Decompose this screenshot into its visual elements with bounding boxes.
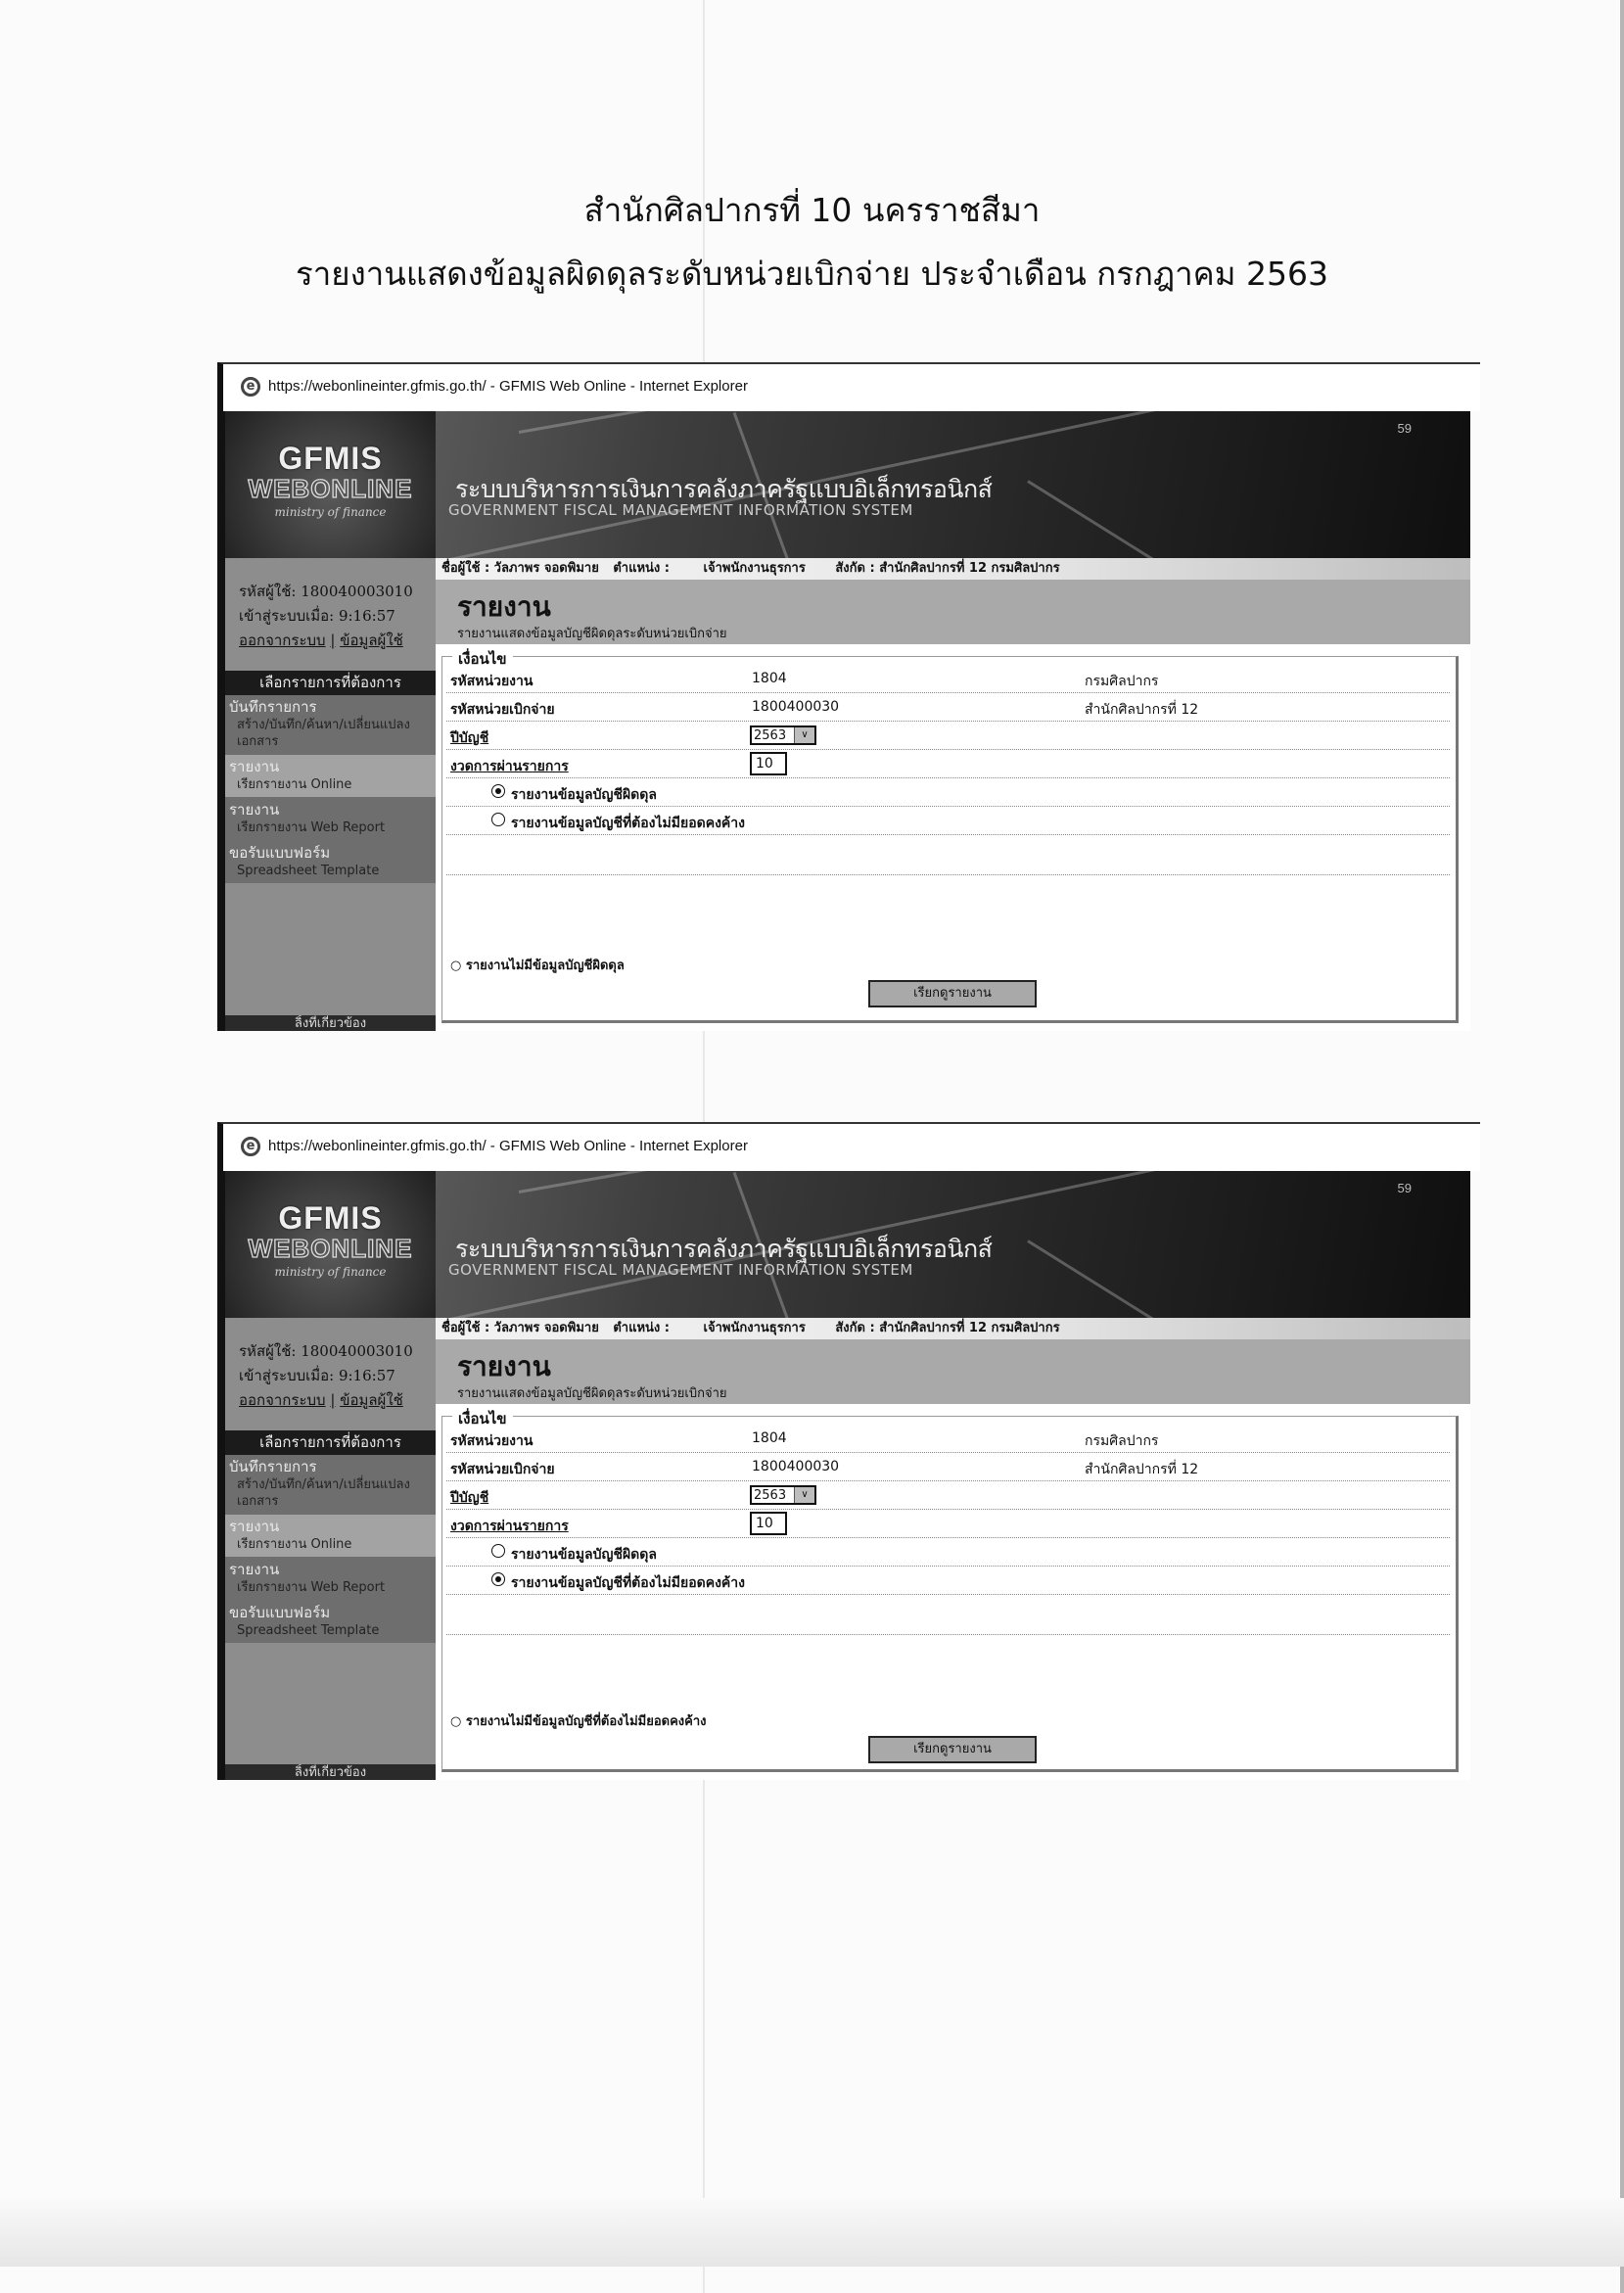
main-content: ชื่อผู้ใช้ : วัลภาพร จอดพิมาย ตำแหน่ง : … xyxy=(436,1318,1470,1780)
radio-imbalanced-accounts[interactable]: รายงานข้อมูลบัญชีผิดดุล xyxy=(446,1538,1450,1567)
agency-code-row: รหัสหน่วยงาน 1804 กรมศิลปากร xyxy=(446,665,1450,693)
document-subtitle: รายงานแสดงข้อมูลผิดดุลระดับหน่วยเบิกจ่าย… xyxy=(0,248,1624,300)
disbursing-unit-code: 1800400030 xyxy=(752,1459,839,1474)
affiliation: สังกัด : สำนักศิลปากรที่ 12 กรมศิลปากร xyxy=(835,1321,1059,1335)
agency-code: 1804 xyxy=(752,671,787,686)
agency-code: 1804 xyxy=(752,1430,787,1446)
sidebar-item-record[interactable]: บันทึกรายการ สร้าง/บันทึก/ค้นหา/เปลี่ยนแ… xyxy=(225,695,436,755)
position-label: ตำแหน่ง : xyxy=(613,1321,670,1335)
browser-content: GFMIS WEBONLINE ministry of finance ระบบ… xyxy=(217,1171,1470,1780)
menu-header: เลือกรายการที่ต้องการ xyxy=(225,1430,436,1455)
period-input[interactable]: 10 xyxy=(750,1512,787,1535)
result-note: ○ รายงานไม่มีข้อมูลบัญชีที่ต้องไม่มียอดค… xyxy=(450,1710,706,1731)
browser-content: GFMIS WEBONLINE ministry of finance ระบบ… xyxy=(217,411,1470,1031)
user-name: ชื่อผู้ใช้ : วัลภาพร จอดพิมาย xyxy=(441,561,599,576)
user-bar: ชื่อผู้ใช้ : วัลภาพร จอดพิมาย ตำแหน่ง : … xyxy=(436,558,1470,580)
user-bar: ชื่อผู้ใช้ : วัลภาพร จอดพิมาย ตำแหน่ง : … xyxy=(436,1318,1470,1339)
logout-link[interactable]: ออกจากระบบ xyxy=(239,632,326,649)
sidebar-item-report-online[interactable]: รายงาน เรียกรายงาน Online xyxy=(225,755,436,798)
position: เจ้าพนักงานธุรการ xyxy=(704,561,806,576)
menu-header: เลือกรายการที่ต้องการ xyxy=(225,671,436,695)
sidebar-item-record[interactable]: บันทึกรายการ สร้าง/บันทึก/ค้นหา/เปลี่ยนแ… xyxy=(225,1455,436,1515)
disbursing-unit-row: รหัสหน่วยเบิกจ่าย 1800400030 สำนักศิลปาก… xyxy=(446,693,1450,722)
gfmis-banner: GFMIS WEBONLINE ministry of finance ระบบ… xyxy=(225,411,1470,558)
main-content: ชื่อผู้ใช้ : วัลภาพร จอดพิมาย ตำแหน่ง : … xyxy=(436,558,1470,1031)
related-links-header[interactable]: ลิ้งที่เกี่ยวข้อง xyxy=(225,1764,436,1780)
agency-code-row: รหัสหน่วยงาน 1804 กรมศิลปากร xyxy=(446,1425,1450,1453)
sidebar-item-web-report[interactable]: รายงาน เรียกรายงาน Web Report xyxy=(225,798,436,841)
disbursing-unit-name: สำนักศิลปากรที่ 12 xyxy=(1085,699,1198,721)
browser-window-title: https://webonlineinter.gfmis.go.th/ - GF… xyxy=(268,1138,748,1154)
user-profile-link[interactable]: ข้อมูลผู้ใช้ xyxy=(340,632,403,649)
fiscal-year-select[interactable]: 2563 ∨ xyxy=(750,725,816,745)
page-subtitle: รายงานแสดงข้อมูลบัญชีผิดดุลระดับหน่วยเบิ… xyxy=(457,623,727,643)
sidebar-item-spreadsheet-template[interactable]: ขอรับแบบฟอร์ม Spreadsheet Template xyxy=(225,1601,436,1643)
agency-name: กรมศิลปากร xyxy=(1085,671,1158,692)
fiscal-year-row: ปีบัญชี 2563 ∨ xyxy=(446,722,1450,750)
user-id: รหัสผู้ใช้: 180040003010 xyxy=(239,1339,436,1364)
disbursing-unit-name: สำนักศิลปากรที่ 12 xyxy=(1085,1459,1198,1480)
ie-icon: e xyxy=(241,1137,260,1156)
page-subtitle: รายงานแสดงข้อมูลบัญชีผิดดุลระดับหน่วยเบิ… xyxy=(457,1382,727,1403)
fiscal-year-select[interactable]: 2563 ∨ xyxy=(750,1485,816,1505)
screenshot-imbalanced-report: e https://webonlineinter.gfmis.go.th/ - … xyxy=(217,362,1480,1031)
user-id: รหัสผู้ใช้: 180040003010 xyxy=(239,580,436,604)
affiliation: สังกัด : สำนักศิลปากรที่ 12 กรมศิลปากร xyxy=(835,561,1059,576)
user-name: ชื่อผู้ใช้ : วัลภาพร จอดพิมาย xyxy=(441,1321,599,1335)
view-report-button[interactable]: เรียกดูรายงาน xyxy=(868,980,1037,1007)
banner-corner-number: 59 xyxy=(1398,421,1412,436)
logout-link[interactable]: ออกจากระบบ xyxy=(239,1391,326,1409)
browser-title-bar: e https://webonlineinter.gfmis.go.th/ - … xyxy=(217,362,1480,411)
radio-button[interactable] xyxy=(491,1572,505,1586)
sidebar-item-web-report[interactable]: รายงาน เรียกรายงาน Web Report xyxy=(225,1558,436,1601)
period-row: งวดการผ่านรายการ 10 xyxy=(446,750,1450,778)
result-note: ○ รายงานไม่มีข้อมูลบัญชีผิดดุล xyxy=(450,955,625,975)
page-header: รายงาน รายงานแสดงข้อมูลบัญชีผิดดุลระดับห… xyxy=(436,1339,1470,1404)
view-report-button[interactable]: เรียกดูรายงาน xyxy=(868,1736,1037,1763)
ie-icon: e xyxy=(241,377,260,397)
gfmis-logo[interactable]: GFMIS WEBONLINE ministry of finance xyxy=(225,1171,436,1318)
browser-title-bar: e https://webonlineinter.gfmis.go.th/ - … xyxy=(217,1122,1480,1171)
user-profile-link[interactable]: ข้อมูลผู้ใช้ xyxy=(340,1391,403,1409)
sidebar: รหัสผู้ใช้: 180040003010 เข้าสู่ระบบเมื่… xyxy=(225,558,436,1031)
page-header: รายงาน รายงานแสดงข้อมูลบัญชีผิดดุลระดับห… xyxy=(436,580,1470,644)
sidebar-item-report-online[interactable]: รายงาน เรียกรายงาน Online xyxy=(225,1515,436,1558)
conditions-fieldset: เงื่อนไข รหัสหน่วยงาน 1804 กรมศิลปากร รห… xyxy=(441,1416,1459,1772)
sidebar: รหัสผู้ใช้: 180040003010 เข้าสู่ระบบเมื่… xyxy=(225,1318,436,1780)
sidebar-item-spreadsheet-template[interactable]: ขอรับแบบฟอร์ม Spreadsheet Template xyxy=(225,841,436,883)
radio-no-outstanding-accounts[interactable]: รายงานข้อมูลบัญชีที่ต้องไม่มียอดคงค้าง xyxy=(446,807,1450,835)
screenshot-outstanding-report: e https://webonlineinter.gfmis.go.th/ - … xyxy=(217,1122,1480,1780)
browser-window-title: https://webonlineinter.gfmis.go.th/ - GF… xyxy=(268,378,748,395)
position: เจ้าพนักงานธุรการ xyxy=(704,1321,806,1335)
agency-name: กรมศิลปากร xyxy=(1085,1430,1158,1452)
banner-corner-number: 59 xyxy=(1398,1181,1412,1195)
fiscal-year-row: ปีบัญชี 2563 ∨ xyxy=(446,1481,1450,1510)
chevron-down-icon[interactable]: ∨ xyxy=(794,727,814,743)
gfmis-logo[interactable]: GFMIS WEBONLINE ministry of finance xyxy=(225,411,436,558)
banner-title-english: GOVERNMENT FISCAL MANAGEMENT INFORMATION… xyxy=(448,1261,913,1279)
radio-button[interactable] xyxy=(491,813,505,826)
banner-title-english: GOVERNMENT FISCAL MANAGEMENT INFORMATION… xyxy=(448,501,913,519)
login-time: เข้าสู่ระบบเมื่อ: 9:16:57 xyxy=(239,1364,436,1388)
radio-button[interactable] xyxy=(491,1544,505,1558)
disbursing-unit-row: รหัสหน่วยเบิกจ่าย 1800400030 สำนักศิลปาก… xyxy=(446,1453,1450,1481)
scan-shadow xyxy=(0,2198,1624,2267)
radio-imbalanced-accounts[interactable]: รายงานข้อมูลบัญชีผิดดุล xyxy=(446,778,1450,807)
chevron-down-icon[interactable]: ∨ xyxy=(794,1487,814,1503)
radio-no-outstanding-accounts[interactable]: รายงานข้อมูลบัญชีที่ต้องไม่มียอดคงค้าง xyxy=(446,1567,1450,1595)
gfmis-banner: GFMIS WEBONLINE ministry of finance ระบบ… xyxy=(225,1171,1470,1318)
period-row: งวดการผ่านรายการ 10 xyxy=(446,1510,1450,1538)
user-info: รหัสผู้ใช้: 180040003010 เข้าสู่ระบบเมื่… xyxy=(225,1318,436,1413)
radio-button[interactable] xyxy=(491,784,505,798)
user-info: รหัสผู้ใช้: 180040003010 เข้าสู่ระบบเมื่… xyxy=(225,558,436,653)
position-label: ตำแหน่ง : xyxy=(613,561,670,576)
conditions-fieldset: เงื่อนไข รหัสหน่วยงาน 1804 กรมศิลปากร รห… xyxy=(441,656,1459,1023)
disbursing-unit-code: 1800400030 xyxy=(752,699,839,715)
document-title: สำนักศิลปากรที่ 10 นครราชสีมา xyxy=(0,184,1624,236)
page-edge xyxy=(1620,0,1624,2293)
period-input[interactable]: 10 xyxy=(750,752,787,775)
login-time: เข้าสู่ระบบเมื่อ: 9:16:57 xyxy=(239,604,436,629)
related-links-header[interactable]: ลิ้งที่เกี่ยวข้อง xyxy=(225,1015,436,1031)
